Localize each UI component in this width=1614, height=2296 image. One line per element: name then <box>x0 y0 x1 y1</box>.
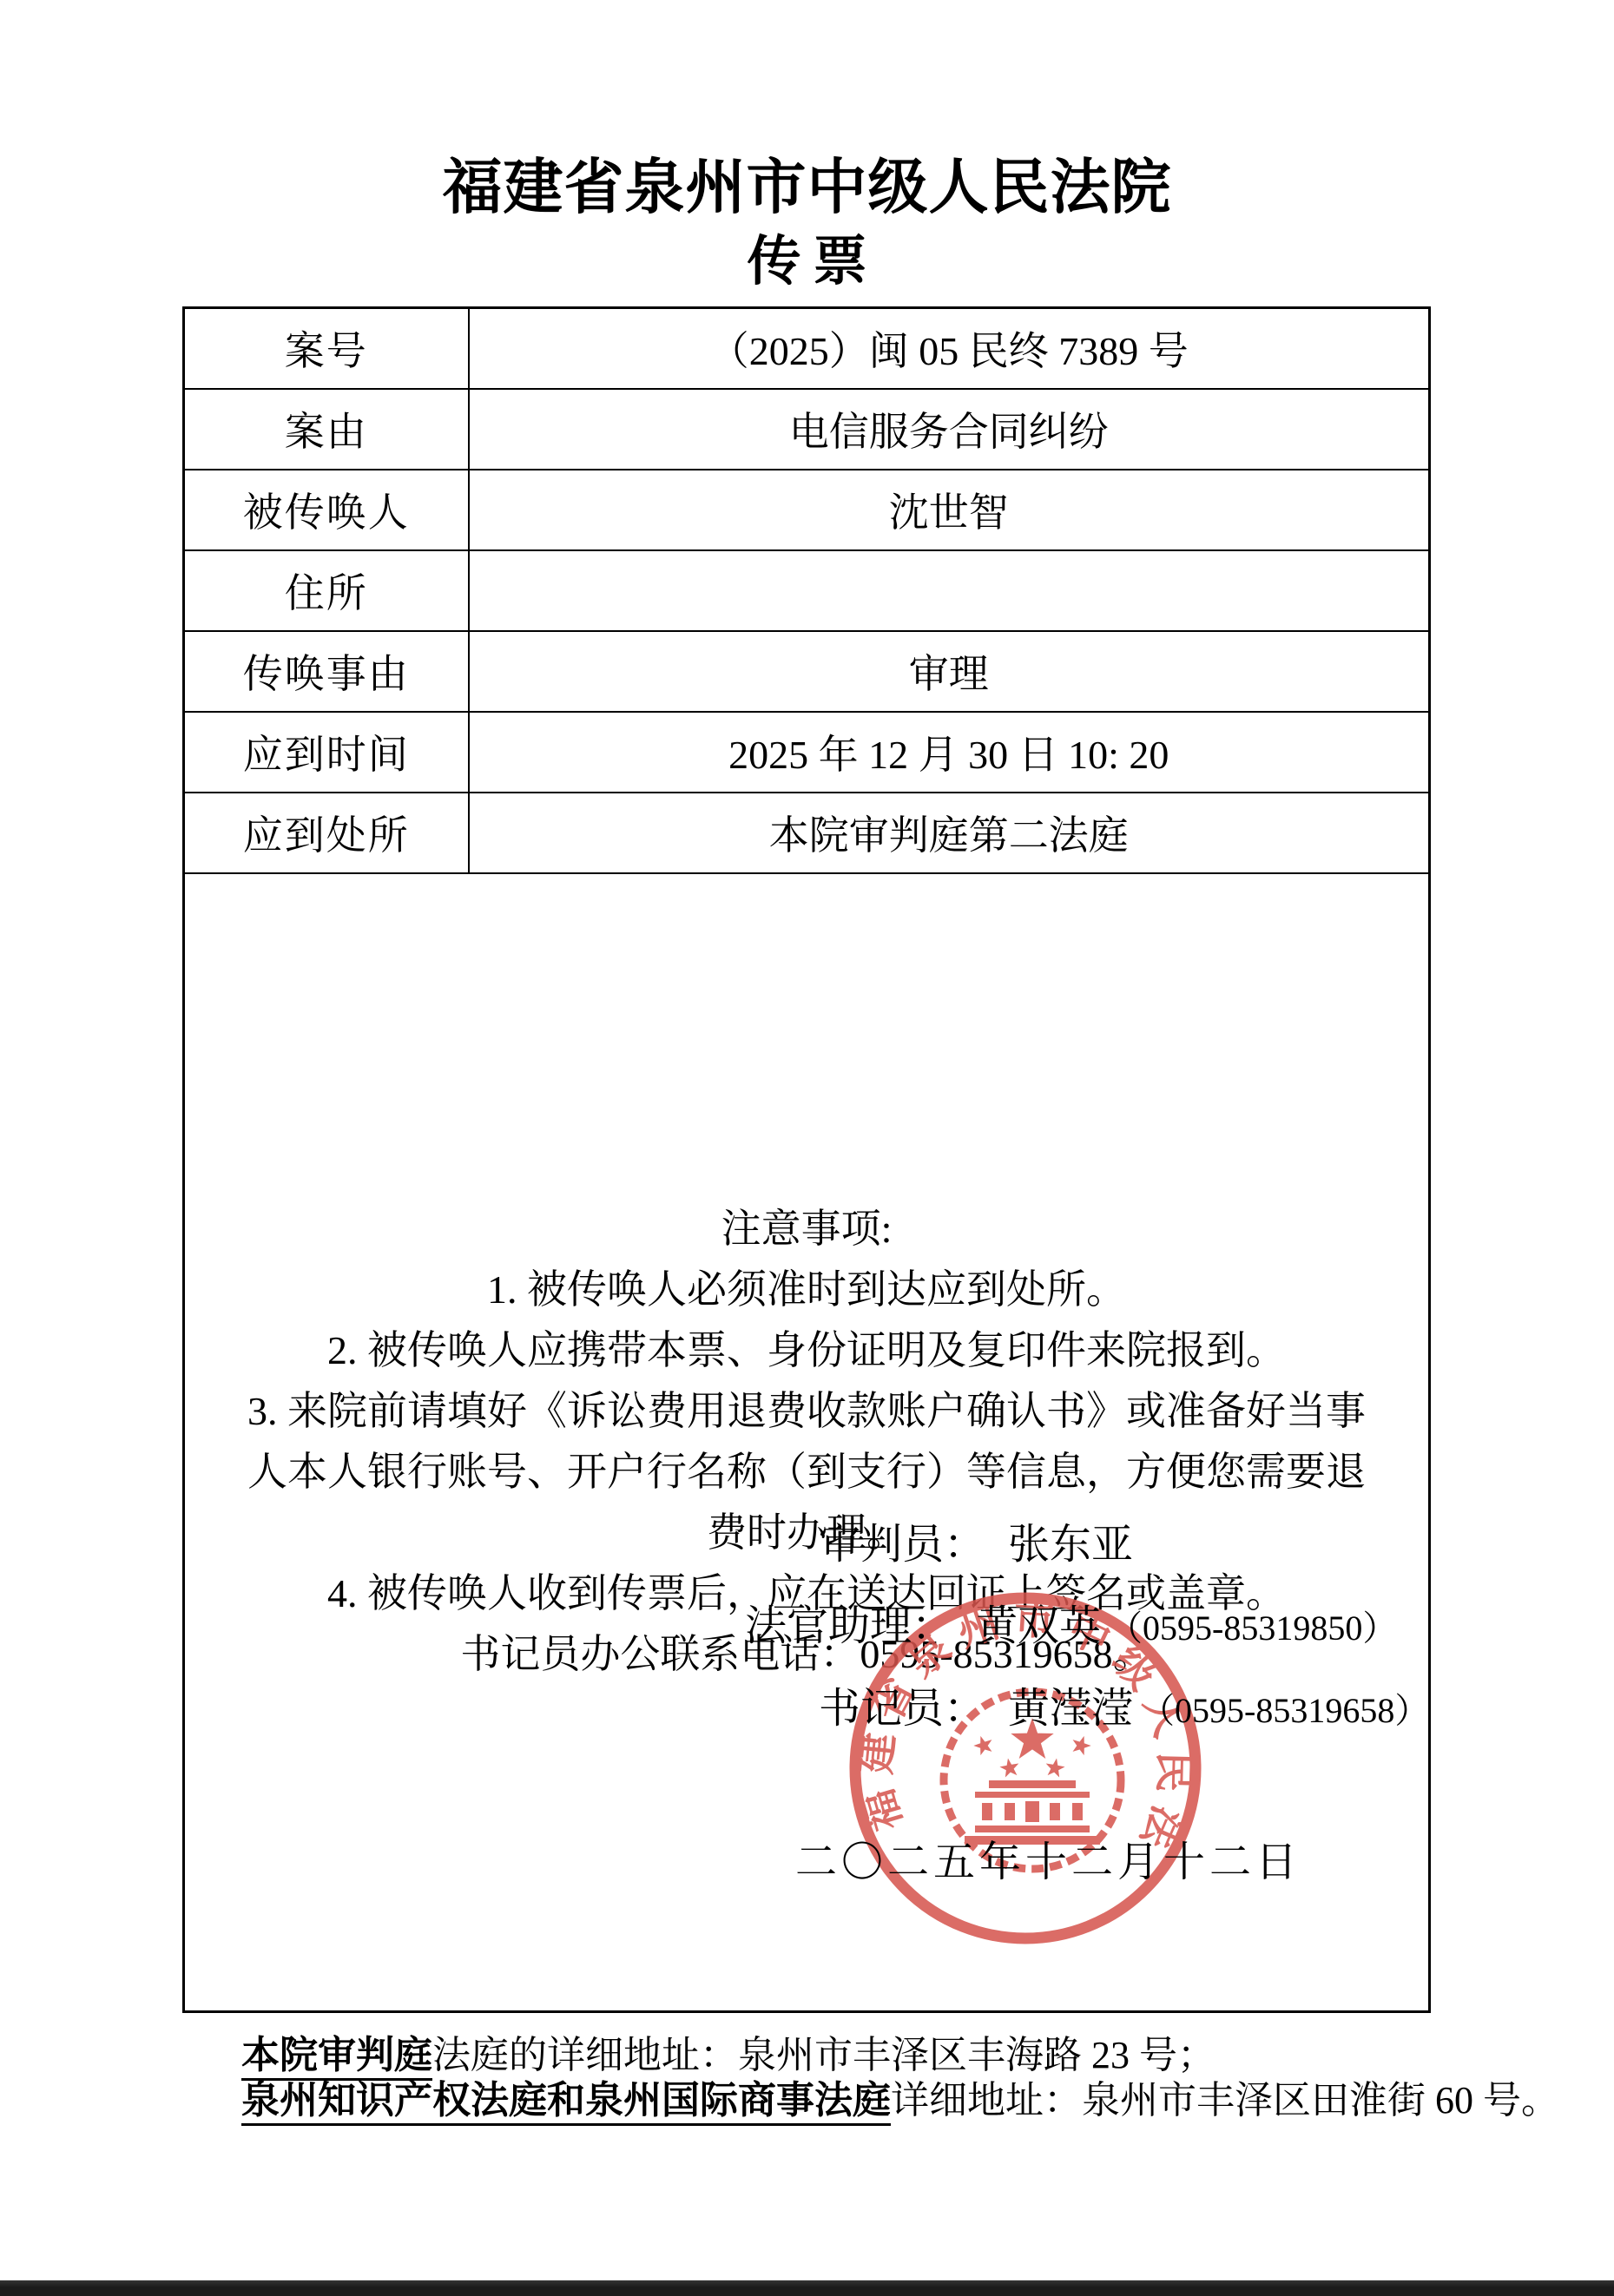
notice-item-2: 2. 被传唤人应携带本票、身份证明及复印件来院报到。 <box>185 1320 1428 1381</box>
row-label: 住所 <box>184 550 469 631</box>
table-row-cause: 案由 电信服务合同纠纷 <box>184 389 1430 470</box>
assistant-phone: （0595-85319850） <box>1108 1609 1397 1648</box>
footer-ip-court-address: 泉州知识产权法庭和泉州国际商事法庭详细地址：泉州市丰泽区田淮街 60 号。 <box>241 2078 1559 2123</box>
issue-date: 二〇二五年十二月十二日 <box>795 1828 1301 1888</box>
notice-item-3: 3. 来院前请填好《诉讼费用退费收款账户确认书》或准备好当事 <box>185 1381 1428 1442</box>
row-value: 沈世智 <box>469 470 1430 550</box>
table-row-address: 住所 <box>184 550 1430 631</box>
notice-item-3-end: 费时办理。 <box>185 1503 1428 1563</box>
footer-trial-court-address: 本院审判庭法庭的详细地址：泉州市丰泽区丰海路 23 号； <box>241 2033 1215 2078</box>
row-value: 本院审判庭第二法庭 <box>469 793 1430 873</box>
table-row-reason: 传唤事由 审理 <box>184 631 1430 712</box>
notice-heading: 注意事项: <box>185 1199 1428 1260</box>
bottom-edge-bar <box>0 2280 1614 2296</box>
row-value <box>469 550 1430 631</box>
footer-ip-court-name: 泉州知识产权法庭和泉州国际商事法庭 <box>241 2079 891 2126</box>
row-label: 应到处所 <box>184 793 469 873</box>
clerk-signature-line: 书记员：黄滢滢（0595-85319658） <box>819 1685 1429 1735</box>
row-label: 应到时间 <box>184 712 469 793</box>
clerk-label: 书记员： <box>819 1686 985 1732</box>
row-value: （2025）闽 05 民终 7389 号 <box>469 308 1430 389</box>
assistant-name: 黄双英 <box>976 1603 1101 1649</box>
row-label: 传唤事由 <box>184 631 469 712</box>
footer-ip-court-address-text: 详细地址：泉州市丰泽区田淮街 60 号。 <box>891 2079 1559 2122</box>
court-summons-document: 福建省泉州市中级人民法院 传票 案号 （2025）闽 05 民终 7389 号 … <box>0 0 1614 2296</box>
row-value: 审理 <box>469 631 1430 712</box>
clerk-phone: （0595-85319658） <box>1140 1691 1429 1730</box>
footer-trial-court-address-text: 法庭的详细地址：泉州市丰泽区丰海路 23 号； <box>432 2034 1215 2076</box>
row-value: 2025 年 12 月 30 日 10: 20 <box>469 712 1430 793</box>
judge-signature-line: 审判员：张东亚 <box>819 1521 1133 1569</box>
row-label: 案由 <box>184 389 469 470</box>
notice-item-1: 1. 被传唤人必须准时到达应到处所。 <box>185 1260 1428 1320</box>
table-row-case-number: 案号 （2025）闽 05 民终 7389 号 <box>184 308 1430 389</box>
clerk-name: 黄滢滢 <box>1008 1686 1133 1732</box>
judge-name: 张东亚 <box>1008 1522 1133 1568</box>
document-title: 传票 <box>0 215 1614 309</box>
row-value: 电信服务合同纠纷 <box>469 389 1430 470</box>
assistant-label: 法官助理： <box>745 1603 953 1649</box>
judge-label: 审判员： <box>819 1522 985 1568</box>
table-row-arrival-time: 应到时间 2025 年 12 月 30 日 10: 20 <box>184 712 1430 793</box>
table-row-summoned-person: 被传唤人 沈世智 <box>184 470 1430 550</box>
table-row-arrival-place: 应到处所 本院审判庭第二法庭 <box>184 793 1430 873</box>
notice-item-3-cont: 人本人银行账号、开户行名称（到支行）等信息，方便您需要退 <box>185 1442 1428 1503</box>
assistant-signature-line: 法官助理：黄双英（0595-85319850） <box>745 1602 1397 1653</box>
row-label: 被传唤人 <box>184 470 469 550</box>
row-label: 案号 <box>184 308 469 389</box>
case-info-table: 案号 （2025）闽 05 民终 7389 号 案由 电信服务合同纠纷 被传唤人… <box>182 306 1431 2013</box>
footer-trial-court-name: 本院审判庭 <box>241 2034 432 2081</box>
